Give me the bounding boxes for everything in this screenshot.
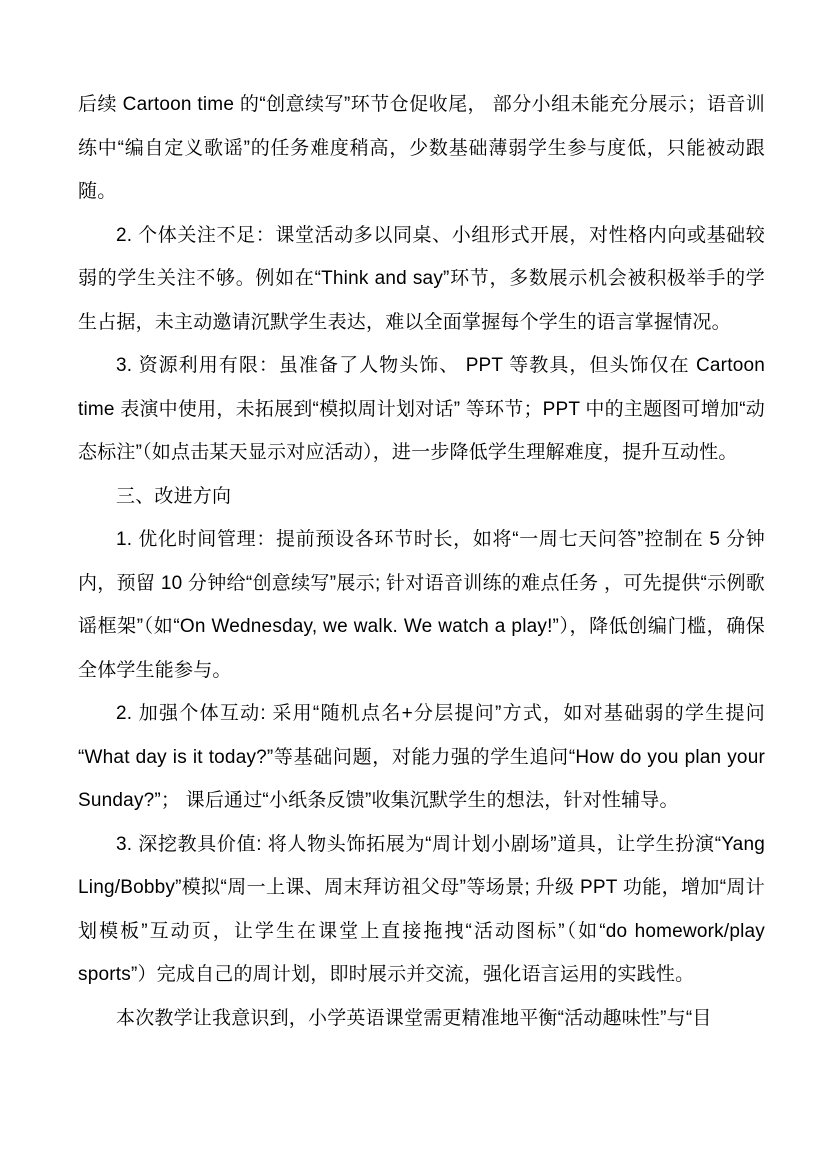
para-individual-attention: 2. 个体关注不足：课堂活动多以同桌、小组形式开展，对性格内向或基础较弱的学生关… — [78, 214, 765, 345]
heading-improvement-direction: 三、改进方向 — [78, 475, 765, 519]
para-cartoon-time-continuation: 后续 Cartoon time 的“创意续写”环节仓促收尾， 部分小组未能充分展… — [78, 83, 765, 214]
para-teaching-aids-value: 3. 深挖教具价值: 将人物头饰拓展为“周计划小剧场”道具，让学生扮演“Yang… — [78, 823, 765, 997]
para-strengthen-individual-interaction: 2. 加强个体互动: 采用“随机点名+分层提问”方式，如对基础弱的学生提问“Wh… — [78, 692, 765, 823]
para-closing-reflection: 本次教学让我意识到，小学英语课堂需更精准地平衡“活动趣味性”与“目 — [78, 997, 765, 1041]
document-page: 后续 Cartoon time 的“创意续写”环节仓促收尾， 部分小组未能充分展… — [0, 0, 827, 1170]
document-body-text: 后续 Cartoon time 的“创意续写”环节仓促收尾， 部分小组未能充分展… — [78, 83, 765, 1040]
para-optimize-time-management: 1. 优化时间管理：提前预设各环节时长，如将“一周七天问答”控制在 5 分钟内，… — [78, 518, 765, 692]
para-resource-usage: 3. 资源利用有限：虽准备了人物头饰、 PPT 等教具，但头饰仅在 Cartoo… — [78, 344, 765, 475]
